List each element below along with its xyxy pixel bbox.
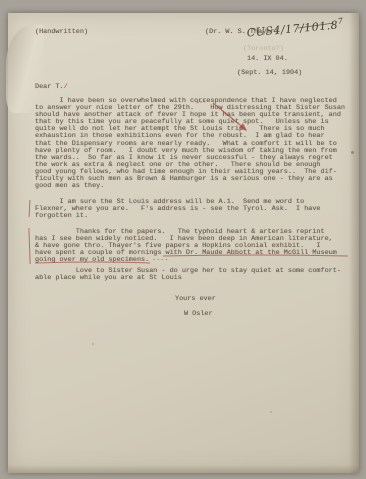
body-paragraph-1: I have been so overwhelmed with correspo… xyxy=(35,98,345,190)
recipient-note: (Dr. W. S. Thayer) xyxy=(205,29,278,36)
typed-line: forgotten it. xyxy=(35,213,321,220)
paper-edge-shadow-bottom xyxy=(8,465,359,473)
red-insertion-mark: *** xyxy=(196,99,208,108)
typed-line: able place while you are at St Louis xyxy=(35,275,341,282)
body-paragraph-4: Love to Sister Susan - do urge her to st… xyxy=(35,268,341,282)
archival-reference-superscript: 7 xyxy=(337,16,343,25)
typed-date: 14. IX 04. xyxy=(247,56,288,63)
body-paragraph-2: I am sure the St Louis address will be A… xyxy=(35,199,321,220)
scanned-letter-page: { "scan": { "reference_handwritten": "CU… xyxy=(0,0,366,479)
paper-edge-shadow-right xyxy=(349,13,359,473)
paper-speck xyxy=(92,343,94,345)
media-note: (Handwritten) xyxy=(35,29,88,36)
date-annotation: (Sept. 14, 1904) xyxy=(237,70,302,77)
paper-speck xyxy=(270,411,272,413)
typed-line: good men as they. xyxy=(35,183,345,190)
place-pencil-note: (Toronto?) xyxy=(243,45,284,53)
valediction: Yours ever xyxy=(175,296,216,303)
salutation: Dear T./ xyxy=(35,84,68,91)
paper-speck xyxy=(351,151,354,154)
body-paragraph-3: Thanks for the papers. The typhoid heart… xyxy=(35,229,337,264)
signature: W Osler xyxy=(184,311,213,318)
salutation-text: Dear T. xyxy=(35,83,64,91)
salutation-red-mark: / xyxy=(64,83,68,91)
red-ellipsis-mark: .... xyxy=(152,256,168,263)
typed-line: going over my old specimens. xyxy=(35,257,337,264)
